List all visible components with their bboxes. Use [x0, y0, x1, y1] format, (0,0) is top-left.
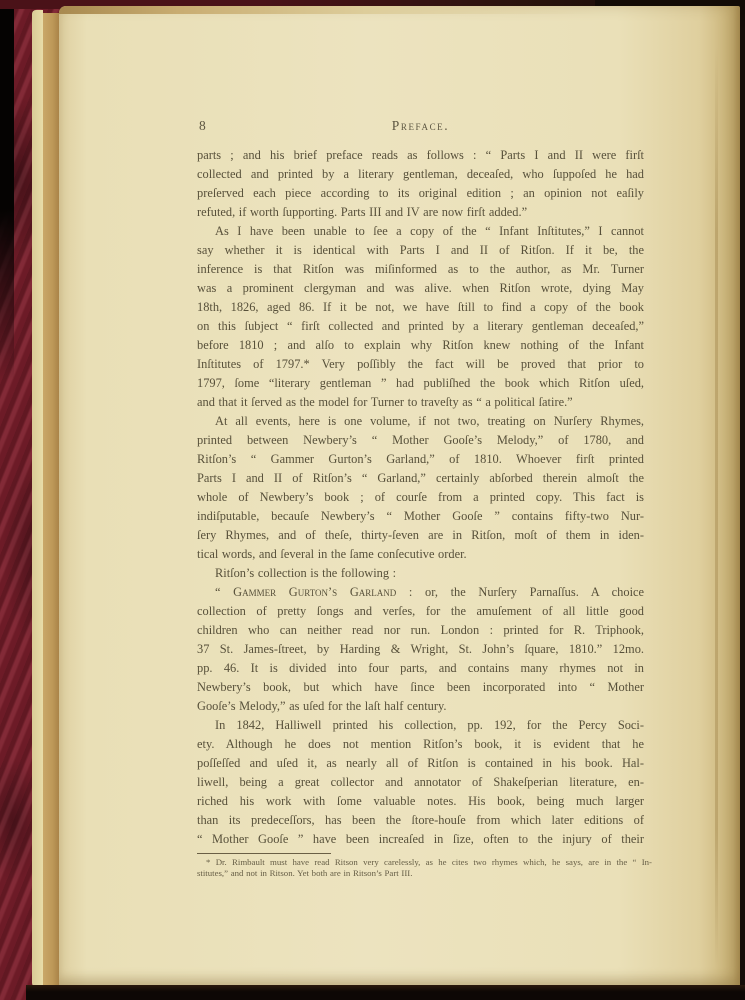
footnote-line: * Dr. Rimbault must have read Ritson ver… — [197, 857, 652, 868]
text-line: inference is that Ritſon was miſinformed… — [197, 260, 644, 279]
paragraph: As I have been unable to ſee a copy of t… — [197, 222, 644, 412]
paragraph: parts ; and his brief preface reads as f… — [197, 146, 644, 222]
text-line: Ritſon’s “ Gammer Gurton’s Garland,” of … — [197, 450, 644, 469]
text-line: 1797, ſome “literary gentleman ” had pub… — [197, 374, 644, 393]
text-line: indiſputable, becauſe Newbery’s “ Mother… — [197, 507, 644, 526]
text-line: liwell, being a great collector and anno… — [197, 773, 644, 792]
text-line: refuted, if worth ſupporting. Parts III … — [197, 203, 644, 222]
paragraph: In 1842, Halliwell printed his collectio… — [197, 716, 644, 849]
book-scan-viewport: { "colors": { "cover_maroon": "#7c1f2c",… — [0, 0, 745, 1000]
text-segment: G — [337, 585, 359, 599]
page-header: 8 Preface. — [197, 118, 644, 138]
page-stack-edge-light — [32, 10, 43, 987]
text-line: Ritſon’s collection is the following : — [197, 564, 644, 583]
text-line: At all events, here is one volume, if no… — [197, 412, 644, 431]
text-segment: : or, the Nurſery Parnaſſus. A choice — [396, 585, 644, 599]
body-text: parts ; and his brief preface reads as f… — [197, 146, 644, 849]
text-line: whole of Newbery’s book ; of courſe from… — [197, 488, 644, 507]
running-head: Preface. — [197, 118, 644, 134]
text-line: tical words, and ſeveral in the ſame con… — [197, 545, 644, 564]
text-line: Parts I and II of Ritſon’s “ Garland,” c… — [197, 469, 644, 488]
small-caps-text: arland — [359, 585, 397, 599]
text-line: parts ; and his brief preface reads as f… — [197, 146, 644, 165]
paragraph: “ Gammer Gurton’s Garland : or, the Nurſ… — [197, 583, 644, 716]
small-caps-text: reface. — [401, 118, 449, 133]
text-line: collected and printed by a literary gent… — [197, 165, 644, 184]
text-segment: P — [392, 118, 401, 133]
page-stack-edge-tan — [43, 13, 59, 985]
text-line: children who can neither read nor run. L… — [197, 621, 644, 640]
footnote-line: stitutes,” and not in Ritson. Yet both a… — [197, 868, 652, 879]
book-page: 8 Preface. parts ; and his brief preface… — [59, 6, 740, 986]
text-line: and that it ſerved as the model for Turn… — [197, 393, 644, 412]
footnote: * Dr. Rimbault must have read Ritson ver… — [197, 857, 652, 879]
text-line: Gooſe’s Melody,” as uſed for the laſt ha… — [197, 697, 644, 716]
text-line: collection of pretty ſongs and verſes, f… — [197, 602, 644, 621]
text-line: than its predeceſſors, has been the ſtor… — [197, 811, 644, 830]
small-caps-text: urton’s — [298, 585, 337, 599]
footnote-rule — [197, 853, 331, 854]
text-line: “ Mother Gooſe ” have been increaſed in … — [197, 830, 644, 849]
cover-shadow-edge — [0, 0, 14, 380]
text-line: preſerved each piece according to its or… — [197, 184, 644, 203]
text-line: say whether it is identical with Parts I… — [197, 241, 644, 260]
text-line: was a prominent clergyman and was alive.… — [197, 279, 644, 298]
text-segment: G — [276, 585, 298, 599]
text-line: ſery Rhymes, and of theſe, thirty-ſeven … — [197, 526, 644, 545]
text-line: Inſtitutes of 1797.* Very poſſibly the f… — [197, 355, 644, 374]
text-line: ety. Although he does not mention Ritſon… — [197, 735, 644, 754]
text-line: 18th, 1826, aged 86. If it be not, we ha… — [197, 298, 644, 317]
text-line: before 1810 ; and alſo to explain why Ri… — [197, 336, 644, 355]
text-line: “ Gammer Gurton’s Garland : or, the Nurſ… — [197, 583, 644, 602]
text-line: riched his work with ſome valuable notes… — [197, 792, 644, 811]
text-line: pp. 46. It is divided into four parts, a… — [197, 659, 644, 678]
page-top-edge — [59, 6, 740, 14]
text-line: printed between Newbery’s “ Mother Gooſe… — [197, 431, 644, 450]
paragraph: At all events, here is one volume, if no… — [197, 412, 644, 564]
small-caps-text: ammer — [242, 585, 276, 599]
text-line: on this ſubject “ firſt collected and pr… — [197, 317, 644, 336]
text-line: As I have been unable to ſee a copy of t… — [197, 222, 644, 241]
text-line: Newbery’s book, but which have ſince bee… — [197, 678, 644, 697]
text-segment: “ G — [215, 585, 242, 599]
text-line: In 1842, Halliwell printed his collectio… — [197, 716, 644, 735]
page-right-crease — [715, 46, 718, 966]
paragraph: Ritſon’s collection is the following : — [197, 564, 644, 583]
cover-bottom-edge — [26, 985, 745, 1000]
text-line: 37 St. James-ſtreet, by Harding & Wright… — [197, 640, 644, 659]
text-line: poſſeſſed and uſed it, as nearly all of … — [197, 754, 644, 773]
